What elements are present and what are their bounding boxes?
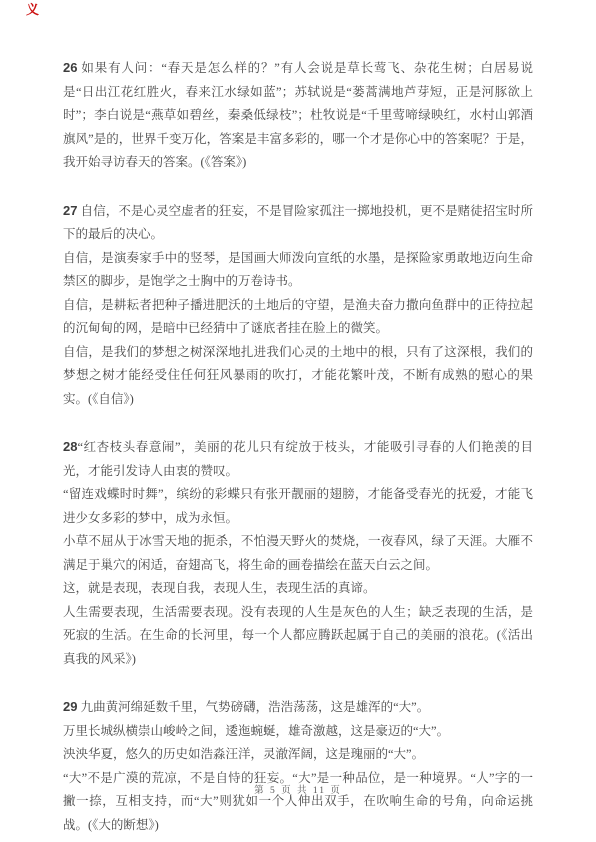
paragraph-text: “大”不是广漠的荒凉，不是自恃的狂妄。“大”是一种品位，是一种境界。“人”字的一… bbox=[63, 771, 533, 832]
paragraph-text: 小草不屈从于冰雪天地的扼杀，不怕漫天野火的焚烧，一夜春风，绿了天涯。大雁不满足于… bbox=[63, 534, 533, 572]
page-number-footer: 第 5 页 共 11 页 bbox=[0, 782, 596, 796]
paragraph-text: 万里长城纵横崇山峻岭之间，逶迤蜿蜒，雄奇激越，这是豪迈的“大”。 bbox=[63, 724, 449, 738]
paragraph: 26 如果有人问：“春天是怎么样的？”有人会说是草长莺飞、杂花生树；白居易说是“… bbox=[63, 56, 533, 175]
paragraph: 泱泱华夏，悠久的历史如浩淼汪洋，灵澈浑阔，这是瑰丽的“大”。 bbox=[63, 743, 533, 767]
paragraph-text: 这，就是表现，表现自我，表现人生，表现生活的真谛。 bbox=[63, 581, 376, 595]
document-body: 26 如果有人问：“春天是怎么样的？”有人会说是草长莺飞、杂花生树；白居易说是“… bbox=[63, 56, 533, 837]
excerpt-28: 28“红杏枝头春意闹”，美丽的花儿只有绽放于枝头，才能吸引寻春的人们艳羡的目光，… bbox=[63, 435, 533, 671]
item-number: 29 bbox=[63, 699, 77, 714]
paragraph-text: 如果有人问：“春天是怎么样的？”有人会说是草长莺飞、杂花生树；白居易说是“日出江… bbox=[63, 61, 533, 169]
paragraph: 29 九曲黄河绵延数千里，气势磅礴，浩浩荡荡，这是雄浑的“大”。 bbox=[63, 695, 533, 720]
document-page: { "page": { "background": "#ffffff", "te… bbox=[0, 0, 596, 842]
item-number: 27 bbox=[63, 203, 77, 218]
paragraph: 万里长城纵横崇山峻岭之间，逶迤蜿蜒，雄奇激越，这是豪迈的“大”。 bbox=[63, 720, 533, 744]
paragraph: “留连戏蝶时时舞”，缤纷的彩蝶只有张开靓丽的翅膀，才能备受春光的抚爱，才能飞进少… bbox=[63, 483, 533, 530]
paragraph: 27 自信，不是心灵空虚者的狂妄，不是冒险家孤注一掷地投机，更不是赌徒招宝时所下… bbox=[63, 199, 533, 247]
excerpt-29: 29 九曲黄河绵延数千里，气势磅礴，浩浩荡荡，这是雄浑的“大”。 万里长城纵横崇… bbox=[63, 695, 533, 837]
item-number: 28 bbox=[63, 439, 77, 454]
paragraph-text: “留连戏蝶时时舞”，缤纷的彩蝶只有张开靓丽的翅膀，才能备受春光的抚爱，才能飞进少… bbox=[63, 487, 533, 525]
paragraph: “大”不是广漠的荒凉，不是自恃的狂妄。“大”是一种品位，是一种境界。“人”字的一… bbox=[63, 767, 533, 838]
paragraph-text: 泱泱华夏，悠久的历史如浩淼汪洋，灵澈浑阔，这是瑰丽的“大”。 bbox=[63, 747, 424, 761]
excerpt-26: 26 如果有人问：“春天是怎么样的？”有人会说是草长莺飞、杂花生树；白居易说是“… bbox=[63, 56, 533, 175]
paragraph: 自信，是我们的梦想之树深深地扎进我们心灵的土地中的根，只有了这深根，我们的梦想之… bbox=[63, 341, 533, 412]
paragraph-text: 自信，不是心灵空虚者的狂妄，不是冒险家孤注一掷地投机，更不是赌徒招宝时所下的最后… bbox=[63, 204, 533, 242]
paragraph-text: 人生需要表现，生活需要表现。没有表现的人生是灰色的人生；缺乏表现的生活，是死寂的… bbox=[63, 605, 533, 666]
paragraph-text: “红杏枝头春意闹”，美丽的花儿只有绽放于枝头，才能吸引寻春的人们艳羡的目光，才能… bbox=[63, 440, 533, 478]
paragraph-text: 自信，是耕耘者把种子播进肥沃的土地后的守望，是渔夫奋力撒向鱼群中的正待拉起的沉甸… bbox=[63, 298, 533, 336]
paragraph: 自信，是耕耘者把种子播进肥沃的土地后的守望，是渔夫奋力撒向鱼群中的正待拉起的沉甸… bbox=[63, 294, 533, 341]
red-annotation-mark: 义 bbox=[26, 3, 39, 16]
excerpt-27: 27 自信，不是心灵空虚者的狂妄，不是冒险家孤注一掷地投机，更不是赌徒招宝时所下… bbox=[63, 199, 533, 412]
paragraph-text: 自信，是我们的梦想之树深深地扎进我们心灵的土地中的根，只有了这深根，我们的梦想之… bbox=[63, 345, 533, 406]
paragraph: 自信，是演奏家手中的竖琴，是国画大师泼向宣纸的水墨，是探险家勇敢地迈向生命禁区的… bbox=[63, 247, 533, 294]
paragraph: 这，就是表现，表现自我，表现人生，表现生活的真谛。 bbox=[63, 577, 533, 601]
paragraph: 28“红杏枝头春意闹”，美丽的花儿只有绽放于枝头，才能吸引寻春的人们艳羡的目光，… bbox=[63, 435, 533, 483]
paragraph-text: 自信，是演奏家手中的竖琴，是国画大师泼向宣纸的水墨，是探险家勇敢地迈向生命禁区的… bbox=[63, 251, 533, 289]
paragraph-text: 九曲黄河绵延数千里，气势磅礴，浩浩荡荡，这是雄浑的“大”。 bbox=[81, 700, 430, 714]
paragraph: 小草不屈从于冰雪天地的扼杀，不怕漫天野火的焚烧，一夜春风，绿了天涯。大雁不满足于… bbox=[63, 530, 533, 577]
paragraph: 人生需要表现，生活需要表现。没有表现的人生是灰色的人生；缺乏表现的生活，是死寂的… bbox=[63, 601, 533, 672]
item-number: 26 bbox=[63, 60, 77, 75]
